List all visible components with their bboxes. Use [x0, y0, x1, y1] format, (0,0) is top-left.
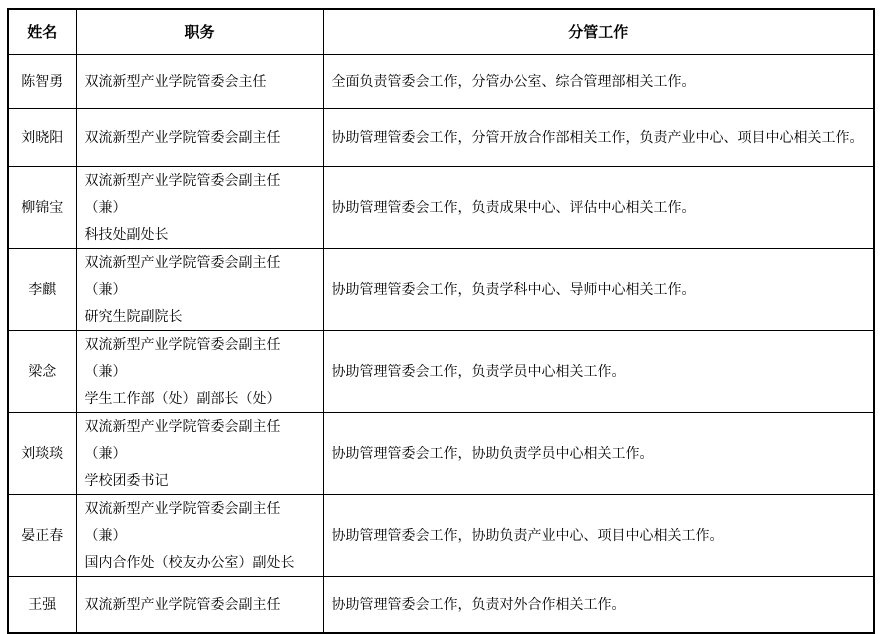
header-row: 姓名 职务 分管工作: [8, 9, 874, 55]
name-cell: 王强: [8, 577, 76, 634]
name-cell: 陈智勇: [8, 55, 76, 109]
position-cell: 双流新型产业学院管委会副主任（兼） 国内合作处（校友办公室）副处长: [76, 495, 323, 577]
position-cell: 双流新型产业学院管委会主任: [76, 55, 323, 109]
name-cell: 李麒: [8, 249, 76, 331]
table-row: 柳锦宝 双流新型产业学院管委会副主任（兼） 科技处副处长 协助管理管委会工作，负…: [8, 167, 874, 249]
position-cell: 双流新型产业学院管委会副主任（兼） 研究生院副院长: [76, 249, 323, 331]
duty-cell: 协助管理管委会工作，协助负责学员中心相关工作。: [323, 413, 874, 495]
table-header: 姓名 职务 分管工作: [8, 9, 874, 55]
duty-cell: 协助管理管委会工作，协助负责产业中心、项目中心相关工作。: [323, 495, 874, 577]
table-row: 刘琰琰 双流新型产业学院管委会副主任（兼） 学校团委书记 协助管理管委会工作，协…: [8, 413, 874, 495]
name-cell: 柳锦宝: [8, 167, 76, 249]
duty-cell: 协助管理管委会工作，负责成果中心、评估中心相关工作。: [323, 167, 874, 249]
position-cell: 双流新型产业学院管委会副主任（兼） 学校团委书记: [76, 413, 323, 495]
duty-cell: 协助管理管委会工作，分管开放合作部相关工作，负责产业中心、项目中心相关工作。: [323, 109, 874, 167]
table-row: 李麒 双流新型产业学院管委会副主任（兼） 研究生院副院长 协助管理管委会工作，负…: [8, 249, 874, 331]
page: 姓名 职务 分管工作 陈智勇 双流新型产业学院管委会主任 全面负责管委会工作，分…: [0, 0, 880, 564]
duty-cell: 协助管理管委会工作，负责对外合作相关工作。: [323, 577, 874, 634]
name-cell: 晏正春: [8, 495, 76, 577]
header-position: 职务: [76, 9, 323, 55]
position-cell: 双流新型产业学院管委会副主任: [76, 577, 323, 634]
duty-cell: 全面负责管委会工作，分管办公室、综合管理部相关工作。: [323, 55, 874, 109]
table-row: 晏正春 双流新型产业学院管委会副主任（兼） 国内合作处（校友办公室）副处长 协助…: [8, 495, 874, 577]
table-row: 王强 双流新型产业学院管委会副主任 协助管理管委会工作，负责对外合作相关工作。: [8, 577, 874, 634]
name-cell: 刘晓阳: [8, 109, 76, 167]
table-row: 陈智勇 双流新型产业学院管委会主任 全面负责管委会工作，分管办公室、综合管理部相…: [8, 55, 874, 109]
duty-cell: 协助管理管委会工作，负责学员中心相关工作。: [323, 331, 874, 413]
table-row: 刘晓阳 双流新型产业学院管委会副主任 协助管理管委会工作，分管开放合作部相关工作…: [8, 109, 874, 167]
name-cell: 刘琰琰: [8, 413, 76, 495]
position-cell: 双流新型产业学院管委会副主任: [76, 109, 323, 167]
position-cell: 双流新型产业学院管委会副主任（兼） 科技处副处长: [76, 167, 323, 249]
header-duty: 分管工作: [323, 9, 874, 55]
duty-cell: 协助管理管委会工作，负责学科中心、导师中心相关工作。: [323, 249, 874, 331]
staff-duty-table: 姓名 职务 分管工作 陈智勇 双流新型产业学院管委会主任 全面负责管委会工作，分…: [7, 8, 875, 634]
table-row: 梁念 双流新型产业学院管委会副主任（兼） 学生工作部（处）副部长（处） 协助管理…: [8, 331, 874, 413]
position-cell: 双流新型产业学院管委会副主任（兼） 学生工作部（处）副部长（处）: [76, 331, 323, 413]
header-name: 姓名: [8, 9, 76, 55]
table-body: 陈智勇 双流新型产业学院管委会主任 全面负责管委会工作，分管办公室、综合管理部相…: [8, 55, 874, 634]
name-cell: 梁念: [8, 331, 76, 413]
